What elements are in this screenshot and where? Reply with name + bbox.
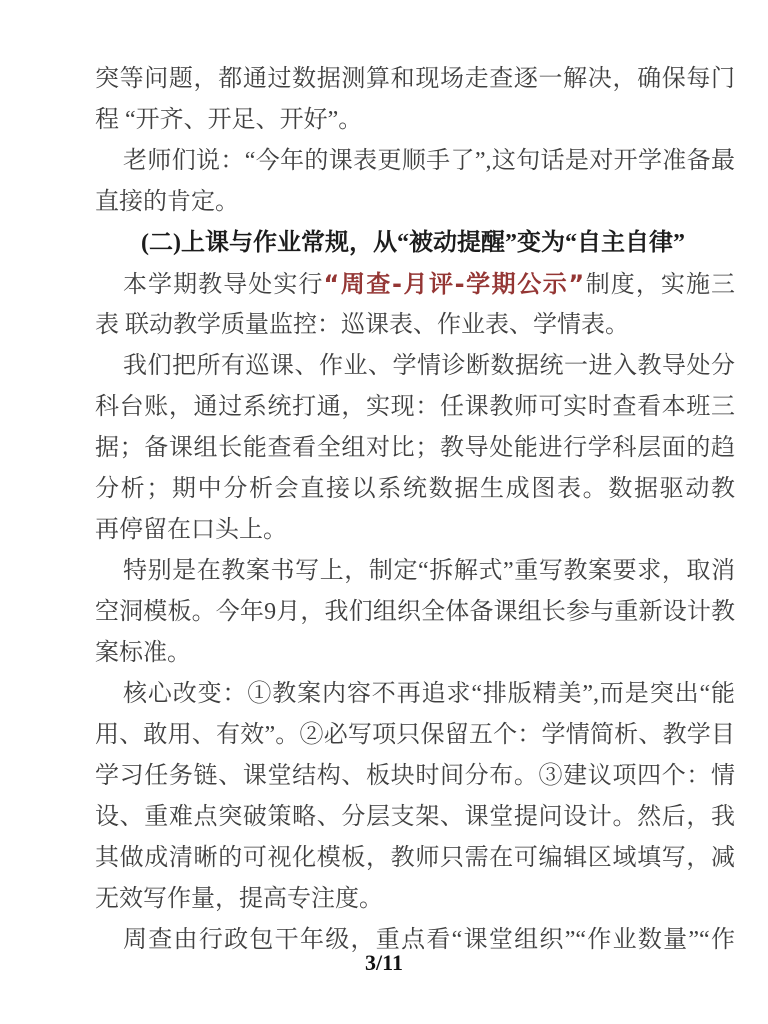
body-text: 设、重难点突破策略、分层支架、课堂提问设计。然后，我们将: [95, 804, 735, 838]
text-line: 老师们说：“今年的课表更顺手了”,这句话是对开学准备最: [95, 141, 735, 182]
body-text: 直接的肯定。: [95, 189, 239, 215]
body-text: 核心改变：①教案内容不再追求“排版精美”,而是突出“能: [123, 681, 735, 707]
body-text: (二)上课与作业常规，从“被动提醒”变为“自主自律”: [141, 230, 685, 256]
body-text: 我们把所有巡课、作业、学情诊断数据统一进入教导处分学: [95, 353, 735, 387]
section-heading: (二)上课与作业常规，从“被动提醒”变为“自主自律”: [95, 223, 735, 264]
body-text: 科台账，通过系统打通，实现：任课教师可实时查看本班三项数: [95, 394, 735, 428]
body-text: 突等问题，都通过数据测算和现场走查逐一解决，确保每门课: [95, 66, 735, 100]
text-line: 空洞模板。今年9月，我们组织全体备课组长参与重新设计教: [95, 592, 735, 633]
body-text: 制度，实施三: [585, 272, 735, 298]
text-line: 核心改变：①教案内容不再追求“排版精美”,而是突出“能: [95, 674, 735, 715]
text-line: 设、重难点突破策略、分层支架、课堂提问设计。然后，我们将: [95, 797, 735, 838]
body-text: 再停留在口头上。: [95, 517, 287, 543]
body-text: 表 联动教学质量监控：巡课表、作业表、学情表。: [95, 312, 629, 338]
text-line: 用、敢用、有效”。②必写项只保留五个：学情简析、教学目标、: [95, 715, 735, 756]
body-text: 其做成清晰的可视化模板，教师只需在可编辑区域填写，减少: [95, 845, 735, 879]
text-line: 突等问题，都通过数据测算和现场走查逐一解决，确保每门课: [95, 59, 735, 100]
body-text: 特别是在教案书写上，制定“拆解式”重写教案要求，取消: [123, 558, 735, 584]
body-text: 用、敢用、有效”。②必写项只保留五个：学情简析、教学目标、: [95, 722, 735, 756]
document-body: 突等问题，都通过数据测算和现场走查逐一解决，确保每门课程 “开齐、开足、开好”。…: [95, 59, 735, 961]
text-line: 特别是在教案书写上，制定“拆解式”重写教案要求，取消: [95, 551, 735, 592]
body-text: 程 “开齐、开足、开好”。: [95, 107, 362, 133]
text-line: 学习任务链、课堂结构、板块时间分布。③建议项四个：情境创: [95, 756, 735, 797]
text-line: 我们把所有巡课、作业、学情诊断数据统一进入教导处分学: [95, 346, 735, 387]
page-number: 3/11: [0, 948, 768, 978]
text-line: 无效写作量，提高专注度。: [95, 879, 735, 920]
text-line: 直接的肯定。: [95, 182, 735, 223]
text-line: 科台账，通过系统打通，实现：任课教师可实时查看本班三项数: [95, 387, 735, 428]
body-text: 分析；期中分析会直接以系统数据生成图表。数据驱动教学，不: [95, 476, 735, 510]
text-line: 案标准。: [95, 633, 735, 674]
body-text: 案标准。: [95, 640, 191, 666]
accent-text: “周查-月评-学期公示”: [324, 270, 585, 298]
body-text: 学习任务链、课堂结构、板块时间分布。③建议项四个：情境创: [95, 763, 735, 797]
text-line: 据；备课组长能查看全组对比；教导处能进行学科层面的趋势: [95, 428, 735, 469]
body-text: 据；备课组长能查看全组对比；教导处能进行学科层面的趋势: [95, 435, 735, 469]
text-line: 分析；期中分析会直接以系统数据生成图表。数据驱动教学，不: [95, 469, 735, 510]
text-line: 表 联动教学质量监控：巡课表、作业表、学情表。: [95, 305, 735, 346]
body-text: 空洞模板。今年9月，我们组织全体备课组长参与重新设计教: [95, 599, 735, 625]
body-text: 无效写作量，提高专注度。: [95, 886, 383, 912]
text-line: 本学期教导处实行“周查-月评-学期公示”制度，实施三: [95, 264, 735, 305]
text-line: 再停留在口头上。: [95, 510, 735, 551]
text-line: 其做成清晰的可视化模板，教师只需在可编辑区域填写，减少: [95, 838, 735, 879]
body-text: 老师们说：“今年的课表更顺手了”,这句话是对开学准备最: [123, 148, 735, 174]
body-text: 本学期教导处实行: [123, 272, 324, 298]
document-page: 突等问题，都通过数据测算和现场走查逐一解决，确保每门课程 “开齐、开足、开好”。…: [0, 0, 768, 1024]
text-line: 程 “开齐、开足、开好”。: [95, 100, 735, 141]
